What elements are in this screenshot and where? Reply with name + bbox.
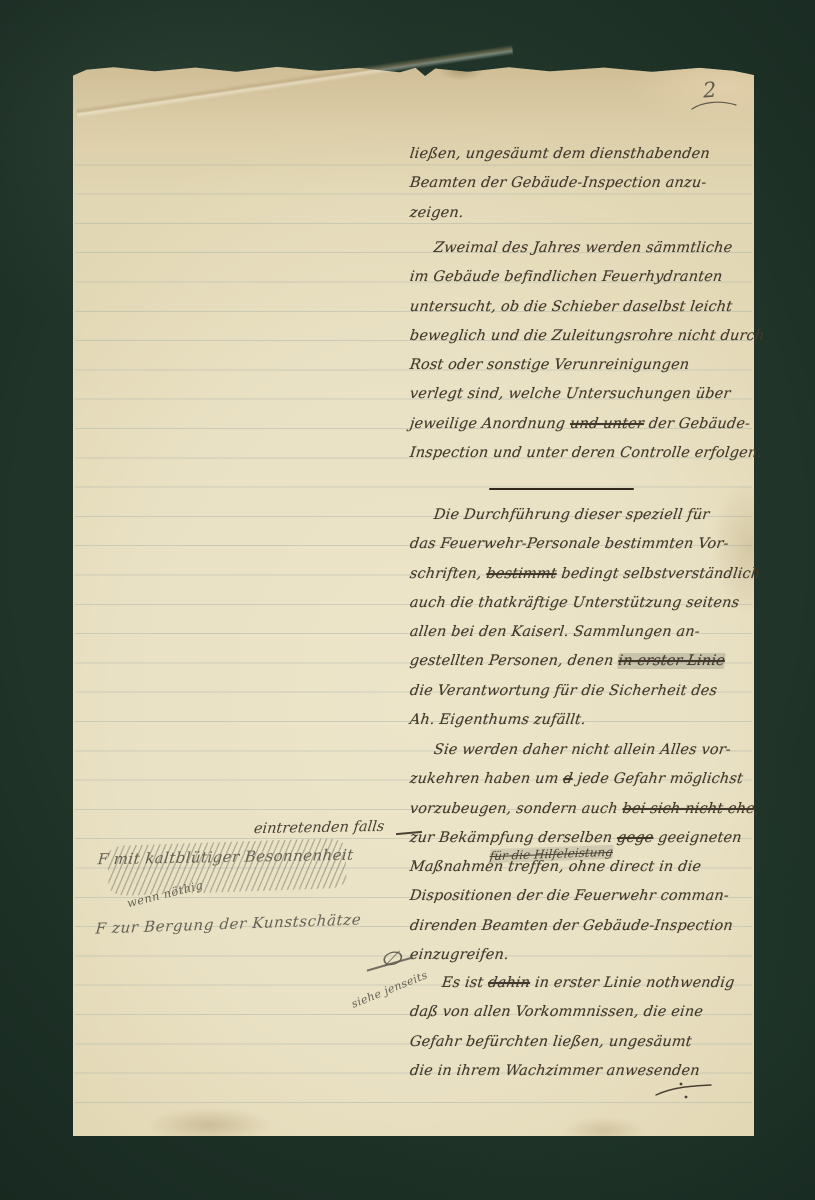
text-segment: verlegt sind, welche Untersuchungen über: [409, 386, 732, 402]
manuscript-text-layer: ließen, ungesäumt dem diensthabendenBeam…: [0, 0, 815, 1200]
manuscript-line: daß von allen Vorkommnissen, die eine: [408, 998, 762, 1027]
manuscript-line: auch die thatkräftige Unterstützung seit…: [408, 589, 762, 618]
text-segment: jede Gefahr möglichst: [572, 771, 744, 787]
text-segment: einzugreifen.: [409, 947, 510, 963]
text-segment: Rost oder sonstige Verunreinigungen: [409, 357, 690, 373]
manuscript-line: gestellten Personen, denen in erster Lin…: [408, 647, 762, 676]
text-segment: zukehren haben um: [409, 771, 564, 787]
text-segment: Dispositionen der die Feuerwehr comman-: [409, 888, 730, 904]
manuscript-line: Beamten der Gebäude-Inspection anzu-: [408, 169, 762, 198]
text-segment: ließen, ungesäumt dem diensthabenden: [409, 146, 711, 162]
text-segment: zur Bekämpfung derselben: [409, 830, 618, 846]
paragraph: Die Durchführung dieser speziell fürdas …: [408, 501, 758, 735]
text-segment: Ah. Eigenthums zufällt.: [409, 712, 587, 728]
manuscript-line: Zweimal des Jahres werden sämmtliche: [408, 234, 762, 263]
text-segment: Es ist: [441, 975, 489, 991]
text-segment: geeigneten: [652, 830, 742, 846]
manuscript-line: Gefahr befürchten ließen, ungesäumt: [408, 1028, 762, 1057]
text-segment: und unter: [569, 416, 645, 432]
manuscript-line: untersucht, ob die Schieber daselbst lei…: [408, 293, 762, 322]
manuscript-line: die Verantwortung für die Sicherheit des: [408, 677, 762, 706]
paragraph: Es ist dahin in erster Linie nothwendigd…: [408, 969, 758, 1086]
text-segment: jeweilige Anordnung: [409, 416, 571, 432]
manuscript-line: das Feuerwehr-Personale bestimmten Vor-: [408, 530, 762, 559]
text-segment: direnden Beamten der Gebäude-Inspection: [409, 918, 734, 934]
text-segment: gege: [616, 830, 654, 846]
paragraph: ließen, ungesäumt dem diensthabendenBeam…: [408, 140, 758, 228]
paragraph: Zweimal des Jahres werden sämmtlicheim G…: [408, 234, 758, 468]
text-segment: auch die thatkräftige Unterstützung seit…: [409, 595, 740, 611]
manuscript-line: direnden Beamten der Gebäude-Inspection: [408, 912, 762, 941]
manuscript-line: Dispositionen der die Feuerwehr comman-: [408, 882, 762, 911]
text-segment: dahin: [487, 975, 531, 991]
text-segment: vorzubeugen, sondern auch: [409, 801, 624, 817]
manuscript-line: zukehren haben um d jede Gefahr möglichs…: [408, 765, 762, 794]
text-segment: daß von allen Vorkommnissen, die eine: [409, 1004, 704, 1020]
text-segment: schriften,: [409, 566, 487, 582]
text-segment: Sie werden daher nicht allein Alles vor-: [433, 742, 732, 758]
text-segment: Beamten der Gebäude-Inspection anzu-: [409, 175, 707, 191]
manuscript-line: verlegt sind, welche Untersuchungen über: [408, 380, 762, 409]
text-segment: Die Durchführung dieser speziell für: [433, 507, 710, 523]
manuscript-line: schriften, bestimmt bedingt selbstverstä…: [408, 560, 762, 589]
manuscript-line: im Gebäude befindlichen Feuerhydranten: [408, 263, 762, 292]
manuscript-line: Die Durchführung dieser speziell für: [408, 501, 762, 530]
text-segment: zeigen.: [409, 205, 465, 221]
text-segment: der Gebäude-: [643, 416, 751, 432]
manuscript-line: beweglich und die Zuleitungsrohre nicht …: [408, 322, 762, 351]
manuscript-line: Inspection und unter deren Controlle erf…: [408, 439, 762, 468]
text-segment: Maßnahmen treffen, ohne direct in die: [409, 859, 702, 875]
text-segment: allen bei den Kaiserl. Sammlungen an-: [409, 624, 701, 640]
manuscript-line: jeweilige Anordnung und unter der Gebäud…: [408, 410, 762, 439]
text-segment: beweglich und die Zuleitungsrohre nicht …: [409, 328, 765, 344]
manuscript-line: vorzubeugen, sondern auch bei sich nicht…: [408, 795, 762, 824]
text-segment: gestellten Personen, denen: [409, 653, 619, 669]
text-segment: ,: [754, 801, 761, 817]
text-segment: im Gebäude befindlichen Feuerhydranten: [409, 269, 723, 285]
end-of-text-mark: [653, 1078, 715, 1102]
text-segment: in erster Linie: [617, 653, 726, 669]
manuscript-line: allen bei den Kaiserl. Sammlungen an-: [408, 618, 762, 647]
manuscript-line: zeigen.: [408, 199, 762, 228]
manuscript-line: Rost oder sonstige Verunreinigungen: [408, 351, 762, 380]
manuscript-line: Sie werden daher nicht allein Alles vor-: [408, 736, 762, 765]
manuscript-line: ließen, ungesäumt dem diensthabenden: [408, 140, 762, 169]
text-segment: die in ihrem Wachzimmer anwesenden: [409, 1063, 701, 1079]
text-segment: bestimmt: [485, 566, 557, 582]
manuscript-line: einzugreifen.: [408, 941, 762, 970]
text-segment: Zweimal des Jahres werden sämmtliche: [433, 240, 733, 256]
text-segment: das Feuerwehr-Personale bestimmten Vor-: [409, 536, 730, 552]
manuscript-line: Es ist dahin in erster Linie nothwendig: [408, 969, 762, 998]
manuscript-line: Ah. Eigenthums zufällt.: [408, 706, 762, 735]
text-segment: bedingt selbstverständlich: [556, 566, 762, 582]
ink-margin-note-eintretenden-falls: eintretenden falls: [253, 819, 385, 837]
text-segment: Inspection und unter deren Controlle erf…: [409, 445, 763, 461]
text-segment: untersucht, ob die Schieber daselbst lei…: [409, 299, 733, 315]
text-segment: in erster Linie nothwendig: [529, 975, 735, 991]
text-segment: bei sich nicht ehe: [622, 801, 756, 817]
text-segment: Gefahr befürchten ließen, ungesäumt: [409, 1034, 693, 1050]
text-segment: die Verantwortung für die Sicherheit des: [409, 683, 718, 699]
